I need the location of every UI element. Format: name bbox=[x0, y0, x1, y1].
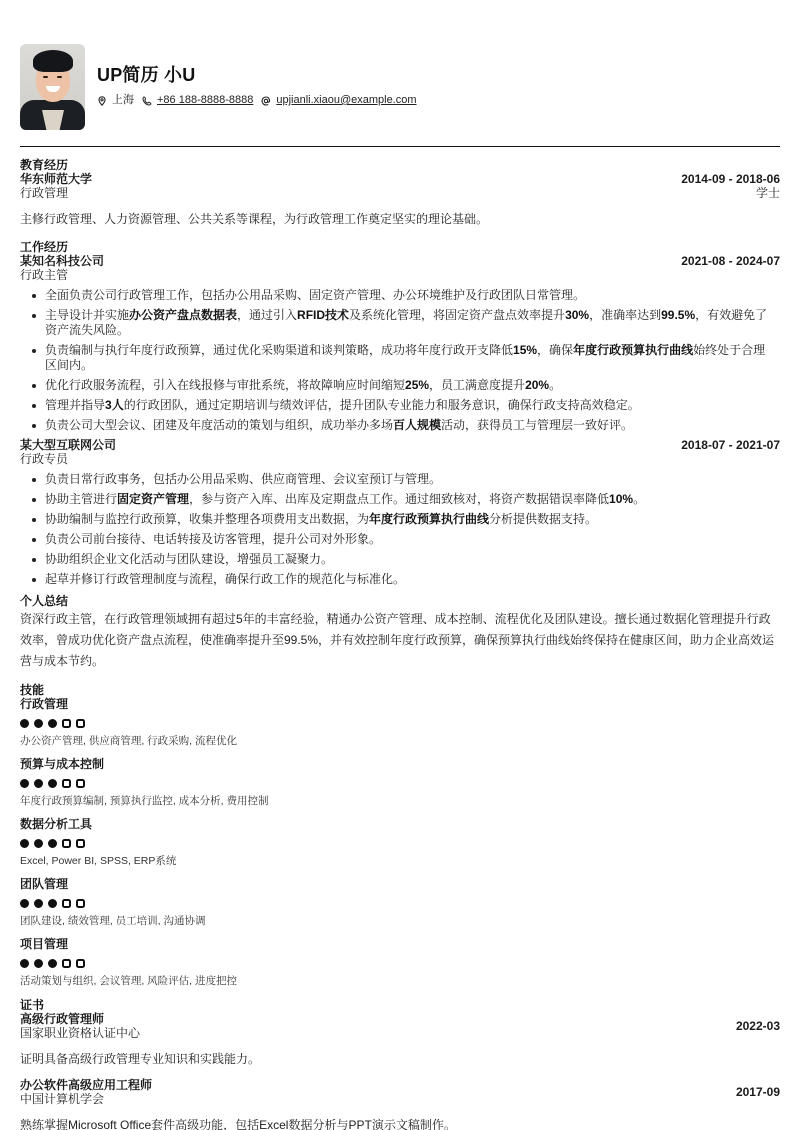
work-bullets: 全面负责公司行政管理工作，包括办公用品采购、固定资产管理、办公环境维护及行政团队… bbox=[20, 288, 780, 433]
work-section: 工作经历 某知名科技公司 行政主管 2021-08 - 2024-07 全面负责… bbox=[20, 240, 780, 587]
filled-dot-icon bbox=[48, 959, 57, 968]
highlight-text: 10% bbox=[609, 492, 633, 506]
skill-item: 行政管理办公资产管理, 供应商管理, 行政采购, 流程优化 bbox=[20, 697, 780, 748]
education-date: 2014-09 - 2018-06 bbox=[681, 172, 780, 186]
empty-dot-icon bbox=[76, 839, 85, 848]
filled-dot-icon bbox=[34, 899, 43, 908]
certificate-issuer: 中国计算机学会 bbox=[20, 1092, 152, 1106]
work-date: 2018-07 - 2021-07 bbox=[681, 438, 780, 452]
work-entry: 某大型互联网公司 行政专员 2018-07 - 2021-07 负责日常行政事务… bbox=[20, 438, 780, 587]
section-title-skills: 技能 bbox=[20, 683, 780, 697]
filled-dot-icon bbox=[20, 839, 29, 848]
work-entry: 某知名科技公司 行政主管 2021-08 - 2024-07 全面负责公司行政管… bbox=[20, 254, 780, 433]
skill-level-rating bbox=[20, 719, 780, 729]
certificate-description: 熟练掌握Microsoft Office套件高级功能，包括Excel数据分析与P… bbox=[20, 1118, 780, 1130]
certificate-issuer: 国家职业资格认证中心 bbox=[20, 1026, 140, 1040]
highlight-text: 3人 bbox=[105, 398, 124, 412]
certificates-section: 证书 高级行政管理师 国家职业资格认证中心 2022-03 证明具备高级行政管理… bbox=[20, 998, 780, 1130]
skill-name: 预算与成本控制 bbox=[20, 757, 780, 772]
skills-section: 技能 行政管理办公资产管理, 供应商管理, 行政采购, 流程优化预算与成本控制年… bbox=[20, 683, 780, 988]
filled-dot-icon bbox=[34, 959, 43, 968]
section-title-certificates: 证书 bbox=[20, 998, 780, 1012]
contact-location: 上海 bbox=[97, 93, 134, 109]
empty-dot-icon bbox=[76, 959, 85, 968]
education-section: 教育经历 华东师范大学 行政管理 2014-09 - 2018-06 学士 主修… bbox=[20, 158, 780, 226]
phone-icon bbox=[142, 96, 152, 106]
contact-phone[interactable]: +86 188-8888-8888 bbox=[142, 93, 253, 109]
school-name: 华东师范大学 bbox=[20, 172, 92, 186]
resume-page: UP简历 小U 上海 +86 188-8888-8888 bbox=[0, 0, 800, 1130]
skill-item: 项目管理活动策划与组织, 会议管理, 风险评估, 进度把控 bbox=[20, 937, 780, 988]
bullet-item: 起草并修订行政管理制度与流程，确保行政工作的规范化与标准化。 bbox=[20, 572, 780, 587]
bullet-item: 负责公司大型会议、团建及年度活动的策划与组织，成功举办多场百人规模活动，获得员工… bbox=[20, 418, 780, 433]
highlight-text: 百人规模 bbox=[393, 418, 441, 432]
skill-name: 项目管理 bbox=[20, 937, 780, 952]
bullet-item: 协助主管进行固定资产管理，参与资产入库、出库及定期盘点工作。通过细致核对，将资产… bbox=[20, 492, 780, 507]
skill-name: 团队管理 bbox=[20, 877, 780, 892]
skill-level-rating bbox=[20, 839, 780, 849]
job-role: 行政主管 bbox=[20, 268, 104, 282]
section-title-work: 工作经历 bbox=[20, 240, 780, 254]
empty-dot-icon bbox=[62, 899, 71, 908]
filled-dot-icon bbox=[20, 959, 29, 968]
job-role: 行政专员 bbox=[20, 452, 116, 466]
skill-keywords: 办公资产管理, 供应商管理, 行政采购, 流程优化 bbox=[20, 735, 780, 748]
certificate-name: 办公软件高级应用工程师 bbox=[20, 1078, 152, 1092]
company-name: 某大型互联网公司 bbox=[20, 438, 116, 452]
filled-dot-icon bbox=[20, 719, 29, 728]
empty-dot-icon bbox=[62, 779, 71, 788]
highlight-text: 30% bbox=[565, 308, 589, 322]
bullet-item: 协助组织企业文化活动与团队建设，增强员工凝聚力。 bbox=[20, 552, 780, 567]
bullet-item: 负责编制与执行年度行政预算，通过优化采购渠道和谈判策略，成功将年度行政开支降低1… bbox=[20, 343, 780, 373]
certificate-description: 证明具备高级行政管理专业知识和实践能力。 bbox=[20, 1052, 780, 1066]
email-link[interactable]: upjianli.xiaou@example.com bbox=[276, 93, 416, 109]
candidate-name: UP简历 小U bbox=[97, 64, 425, 86]
highlight-text: 20% bbox=[525, 378, 549, 392]
filled-dot-icon bbox=[34, 779, 43, 788]
work-date: 2021-08 - 2024-07 bbox=[681, 254, 780, 268]
empty-dot-icon bbox=[76, 779, 85, 788]
highlight-text: 25% bbox=[405, 378, 429, 392]
skill-name: 数据分析工具 bbox=[20, 817, 780, 832]
work-bullets: 负责日常行政事务，包括办公用品采购、供应商管理、会议室预订与管理。协助主管进行固… bbox=[20, 472, 780, 587]
education-entry: 华东师范大学 行政管理 2014-09 - 2018-06 学士 bbox=[20, 172, 780, 200]
certificate-entry: 办公软件高级应用工程师 中国计算机学会 2017-09 熟练掌握Microsof… bbox=[20, 1078, 780, 1130]
skill-keywords: 活动策划与组织, 会议管理, 风险评估, 进度把控 bbox=[20, 975, 780, 988]
skill-level-rating bbox=[20, 779, 780, 789]
certificate-date: 2022-03 bbox=[736, 1019, 780, 1033]
bullet-item: 主导设计并实施办公资产盘点数据表，通过引入RFID技术及系统化管理，将固定资产盘… bbox=[20, 308, 780, 338]
summary-section: 个人总结 资深行政主管，在行政管理领域拥有超过5年的丰富经验，精通办公资产管理、… bbox=[20, 594, 780, 672]
skills-list: 行政管理办公资产管理, 供应商管理, 行政采购, 流程优化预算与成本控制年度行政… bbox=[20, 697, 780, 988]
section-title-summary: 个人总结 bbox=[20, 594, 780, 608]
empty-dot-icon bbox=[76, 719, 85, 728]
company-name: 某知名科技公司 bbox=[20, 254, 104, 268]
skill-keywords: 年度行政预算编制, 预算执行监控, 成本分析, 费用控制 bbox=[20, 795, 780, 808]
skill-item: 预算与成本控制年度行政预算编制, 预算执行监控, 成本分析, 费用控制 bbox=[20, 757, 780, 808]
profile-photo bbox=[20, 44, 85, 130]
certificate-date: 2017-09 bbox=[736, 1085, 780, 1099]
highlight-text: RFID技术 bbox=[297, 308, 349, 322]
summary-text: 资深行政主管，在行政管理领域拥有超过5年的丰富经验，精通办公资产管理、成本控制、… bbox=[20, 609, 780, 672]
skill-item: 数据分析工具Excel, Power BI, SPSS, ERP系统 bbox=[20, 817, 780, 868]
identity-block: UP简历 小U 上海 +86 188-8888-8888 bbox=[97, 44, 425, 109]
filled-dot-icon bbox=[34, 719, 43, 728]
header-divider bbox=[20, 146, 780, 147]
highlight-text: 办公资产盘点数据表 bbox=[129, 308, 237, 322]
skill-level-rating bbox=[20, 959, 780, 969]
filled-dot-icon bbox=[34, 839, 43, 848]
filled-dot-icon bbox=[48, 779, 57, 788]
highlight-text: 固定资产管理 bbox=[117, 492, 189, 506]
highlight-text: 年度行政预算执行曲线 bbox=[573, 343, 693, 357]
certificate-entry: 高级行政管理师 国家职业资格认证中心 2022-03 证明具备高级行政管理专业知… bbox=[20, 1012, 780, 1066]
empty-dot-icon bbox=[62, 719, 71, 728]
bullet-item: 负责公司前台接待、电话转接及访客管理，提升公司对外形象。 bbox=[20, 532, 780, 547]
highlight-text: 99.5% bbox=[661, 308, 695, 322]
education-description: 主修行政管理、人力资源管理、公共关系等课程，为行政管理工作奠定坚实的理论基础。 bbox=[20, 212, 780, 226]
filled-dot-icon bbox=[20, 779, 29, 788]
section-title-education: 教育经历 bbox=[20, 158, 780, 172]
filled-dot-icon bbox=[48, 719, 57, 728]
location-text: 上海 bbox=[112, 93, 134, 109]
map-pin-icon bbox=[97, 96, 107, 106]
empty-dot-icon bbox=[62, 959, 71, 968]
contact-email[interactable]: upjianli.xiaou@example.com bbox=[261, 93, 416, 109]
empty-dot-icon bbox=[62, 839, 71, 848]
highlight-text: 15% bbox=[513, 343, 537, 357]
major: 行政管理 bbox=[20, 186, 92, 200]
at-sign-icon bbox=[261, 96, 271, 106]
filled-dot-icon bbox=[48, 899, 57, 908]
highlight-text: 年度行政预算执行曲线 bbox=[369, 512, 489, 526]
skill-name: 行政管理 bbox=[20, 697, 780, 712]
filled-dot-icon bbox=[48, 839, 57, 848]
empty-dot-icon bbox=[76, 899, 85, 908]
skill-keywords: Excel, Power BI, SPSS, ERP系统 bbox=[20, 855, 780, 868]
resume-header: UP简历 小U 上海 +86 188-8888-8888 bbox=[20, 44, 780, 131]
skill-level-rating bbox=[20, 899, 780, 909]
certificate-name: 高级行政管理师 bbox=[20, 1012, 140, 1026]
skill-keywords: 团队建设, 绩效管理, 员工培训, 沟通协调 bbox=[20, 915, 780, 928]
skill-item: 团队管理团队建设, 绩效管理, 员工培训, 沟通协调 bbox=[20, 877, 780, 928]
filled-dot-icon bbox=[20, 899, 29, 908]
bullet-item: 管理并指导3人的行政团队，通过定期培训与绩效评估，提升团队专业能力和服务意识，确… bbox=[20, 398, 780, 413]
contact-row: 上海 +86 188-8888-8888 upjianli.xiaou@exam… bbox=[97, 93, 425, 109]
bullet-item: 优化行政服务流程，引入在线报修与审批系统，将故障响应时间缩短25%，员工满意度提… bbox=[20, 378, 780, 393]
phone-link[interactable]: +86 188-8888-8888 bbox=[157, 93, 253, 109]
bullet-item: 全面负责公司行政管理工作，包括办公用品采购、固定资产管理、办公环境维护及行政团队… bbox=[20, 288, 780, 303]
bullet-item: 负责日常行政事务，包括办公用品采购、供应商管理、会议室预订与管理。 bbox=[20, 472, 780, 487]
degree: 学士 bbox=[681, 186, 780, 200]
bullet-item: 协助编制与监控行政预算，收集并整理各项费用支出数据，为年度行政预算执行曲线分析提… bbox=[20, 512, 780, 527]
